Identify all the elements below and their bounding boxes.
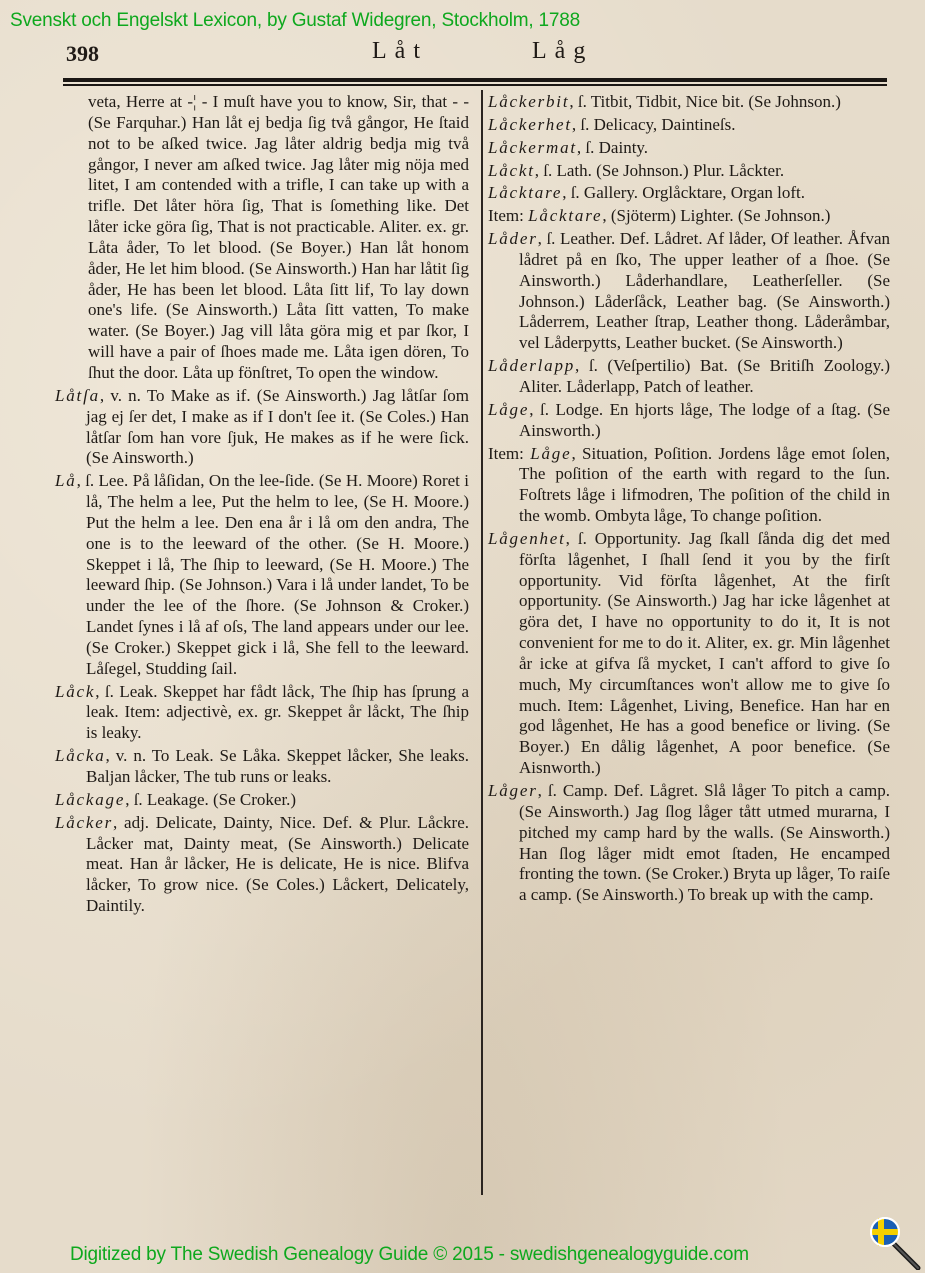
- entry-headword: Låger: [488, 781, 538, 800]
- entry-headword: Låge: [530, 444, 571, 463]
- entry-text: veta, Herre at -¦ - I muſt have you to k…: [88, 92, 469, 382]
- dictionary-entry: Låcktare, ſ. Gallery. Orglåcktare, Organ…: [488, 183, 890, 204]
- entry-text: , ſ. Leak. Skeppet har fådt låck, The ſh…: [86, 682, 469, 743]
- dictionary-entry: Låtſa, v. n. To Make as if. (Se Ainswort…: [55, 386, 469, 469]
- dictionary-entry: Låcker, adj. Delicate, Dainty, Nice. Def…: [55, 813, 469, 917]
- running-head-left: Låt: [372, 38, 428, 65]
- entry-headword: Låckermat: [488, 138, 577, 157]
- entry-headword: Låtſa: [55, 386, 100, 405]
- entry-headword: Låckerhet: [488, 115, 572, 134]
- entry-text: , v. n. To Leak. Se Låka. Skeppet låcker…: [86, 746, 469, 786]
- entry-headword: Låcka: [55, 746, 106, 765]
- digitization-credit: Digitized by The Swedish Genealogy Guide…: [70, 1244, 749, 1266]
- entry-text: , ſ. Dainty.: [577, 138, 648, 157]
- entry-text: , Situation, Poſition. Jordens låge emot…: [519, 444, 890, 526]
- header-rule-thick: [63, 78, 887, 82]
- entry-headword: Låck: [55, 682, 95, 701]
- entry-text: , ſ. Lee. På låſidan, On the lee-ſide. (…: [77, 471, 469, 678]
- entry-headword: Låcktare: [488, 183, 562, 202]
- entry-text: , ſ. Delicacy, Daintineſs.: [572, 115, 736, 134]
- entry-headword: Låderlapp: [488, 356, 575, 375]
- entry-headword: Låckerbit: [488, 92, 569, 111]
- entry-text: , ſ. Leather. Def. Lådret. Af låder, Of …: [519, 229, 890, 352]
- entry-headword: Lågenhet: [488, 529, 566, 548]
- dictionary-entry: Låckage, ſ. Leakage. (Se Croker.): [55, 790, 469, 811]
- dictionary-entry: Lå, ſ. Lee. På låſidan, On the lee-ſide.…: [55, 471, 469, 679]
- collection-banner-title: Svenskt och Engelskt Lexicon, by Gustaf …: [10, 10, 580, 32]
- entry-headword: Lå: [55, 471, 77, 490]
- entry-text: , adj. Delicate, Dainty, Nice. Def. & Pl…: [86, 813, 469, 915]
- entry-prefix: Item:: [488, 444, 530, 463]
- right-column: Låckerbit, ſ. Titbit, Tidbit, Nice bit. …: [488, 92, 890, 908]
- entry-headword: Låge: [488, 400, 529, 419]
- column-divider: [481, 90, 483, 1195]
- dictionary-entry: Låge, ſ. Lodge. En hjorts låge, The lodg…: [488, 400, 890, 442]
- entry-text: , ſ. Leakage. (Se Croker.): [125, 790, 296, 809]
- swedish-flag-magnifier-icon[interactable]: [868, 1214, 922, 1270]
- dictionary-entry: Låderlapp, ſ. (Veſpertilio) Bat. (Se Bri…: [488, 356, 890, 398]
- left-column: veta, Herre at -¦ - I muſt have you to k…: [55, 92, 469, 919]
- entry-text: , ſ. Lath. (Se Johnson.) Plur. Låckter.: [535, 161, 784, 180]
- entry-text: , (Sjöterm) Lighter. (Se Johnson.): [602, 206, 830, 225]
- dictionary-entry: Låckerbit, ſ. Titbit, Tidbit, Nice bit. …: [488, 92, 890, 113]
- entry-headword: Låcktare: [528, 206, 602, 225]
- entry-prefix: Item:: [488, 206, 528, 225]
- running-head-right: Låg: [532, 38, 593, 65]
- header-rule-thin: [63, 84, 887, 86]
- dictionary-entry: veta, Herre at -¦ - I muſt have you to k…: [55, 92, 469, 384]
- dictionary-entry: Låger, ſ. Camp. Def. Lågret. Slå låger T…: [488, 781, 890, 906]
- entry-headword: Låder: [488, 229, 538, 248]
- dictionary-entry: Låckerhet, ſ. Delicacy, Daintineſs.: [488, 115, 890, 136]
- entry-text: , ſ. (Veſpertilio) Bat. (Se Britiſh Zool…: [519, 356, 890, 396]
- entry-text: , ſ. Camp. Def. Lågret. Slå låger To pit…: [519, 781, 890, 904]
- dictionary-entry: Låcka, v. n. To Leak. Se Låka. Skeppet l…: [55, 746, 469, 788]
- entry-text: , v. n. To Make as if. (Se Ainsworth.) J…: [86, 386, 469, 468]
- dictionary-entry: Låckt, ſ. Lath. (Se Johnson.) Plur. Låck…: [488, 161, 890, 182]
- entry-headword: Låcker: [55, 813, 113, 832]
- dictionary-entry: Item: Låcktare, (Sjöterm) Lighter. (Se J…: [488, 206, 890, 227]
- entry-headword: Låckt: [488, 161, 535, 180]
- dictionary-entry: Låckermat, ſ. Dainty.: [488, 138, 890, 159]
- entry-text: , ſ. Opportunity. Jag ſkall ſånda dig de…: [519, 529, 890, 777]
- entry-text: , ſ. Lodge. En hjorts låge, The lodge of…: [519, 400, 890, 440]
- dictionary-entry: Låck, ſ. Leak. Skeppet har fådt låck, Th…: [55, 682, 469, 745]
- entry-text: , ſ. Titbit, Tidbit, Nice bit. (Se Johns…: [569, 92, 841, 111]
- dictionary-entry: Item: Låge, Situation, Poſition. Jordens…: [488, 444, 890, 527]
- entry-headword: Låckage: [55, 790, 125, 809]
- page-number: 398: [66, 41, 99, 67]
- dictionary-entry: Låder, ſ. Leather. Def. Lådret. Af låder…: [488, 229, 890, 354]
- entry-text: , ſ. Gallery. Orglåcktare, Organ loft.: [562, 183, 805, 202]
- dictionary-entry: Lågenhet, ſ. Opportunity. Jag ſkall ſånd…: [488, 529, 890, 779]
